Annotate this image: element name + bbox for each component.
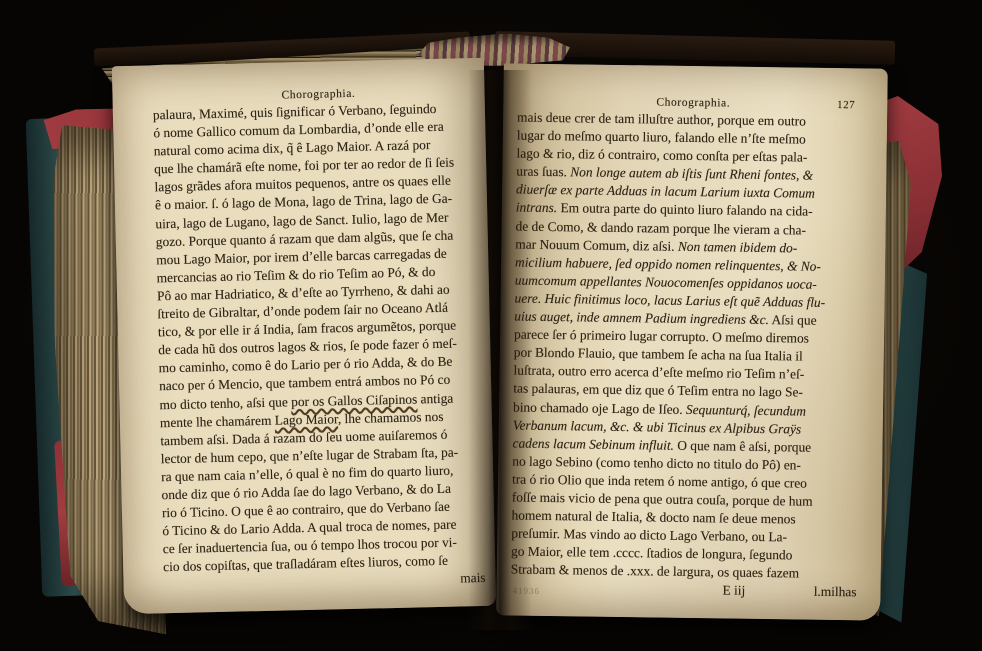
text-segment: por os Gallos Ciſapinos	[291, 391, 417, 409]
text-segment: lugar do meſmo quarto liuro, falando ell…	[517, 128, 806, 147]
text-segment: , lhe chamamos nos	[338, 408, 444, 425]
latin-quote-segment: diuerſæ ex parte Adduas in lacum Larium …	[516, 182, 815, 201]
right-page-lines: mais deue crer de tam illuſtre author, p…	[511, 109, 870, 584]
latin-quote-segment: Non tamen ibidem do-	[678, 238, 798, 255]
text-segment: antiga	[417, 390, 453, 406]
text-segment: foſſe mais vicio de pena que outra couſa…	[512, 489, 813, 508]
text-segment: lago & rio, diz ó contrairo, como conſta…	[517, 146, 808, 165]
text-segment: Aſsi que	[769, 312, 817, 328]
text-segment: Lago Maior	[275, 411, 338, 427]
latin-quote-segment: Verbanum lacum, &c. & ubi Ticinus ex Alp…	[513, 417, 802, 436]
left-page: Chorographia. palaura, Maximé, quis ſign…	[112, 58, 496, 614]
latin-quote-segment: uius auget, inde amnem Padium ingrediens…	[514, 309, 769, 328]
right-page: Chorographia. 127 mais deue crer de tam …	[496, 63, 888, 620]
text-segment: luſtrata, outro erro acerca d’eſte meſmo…	[513, 363, 804, 382]
text-segment: tra ó rio Olio que inda retem ó nome ant…	[512, 471, 807, 490]
text-segment: homem natural de Italia, & docto nam ſe …	[511, 508, 795, 527]
text-segment: mar Nouum Comum, diz aſsi.	[515, 236, 678, 253]
latin-quote-segment: Non longe autem ab iſtis ſunt Rheni font…	[570, 165, 813, 183]
text-segment: bino chamado oje Lago de Iſeo.	[513, 399, 686, 416]
text-segment: go Maior, elle tem .cccc. ſtadios de lon…	[511, 544, 793, 563]
right-page-text: Chorographia. 127 mais deue crer de tam …	[510, 92, 869, 602]
catchword-right: l.milhas	[814, 583, 857, 602]
text-segment: uras ſuas.	[516, 164, 570, 180]
latin-quote-segment: cadens lacum Sebinum influit.	[512, 435, 674, 452]
running-header-right-label: Chorographia.	[656, 96, 730, 109]
text-segment: Strabam & menos de .xxx. de largura, os …	[511, 562, 799, 581]
text-segment: preſumir. Mas vindo ao dicto Lago Verban…	[511, 526, 787, 545]
left-page-lines: palaura, Maximé, quis ſignificar ó Verba…	[153, 99, 496, 577]
text-segment: O que nam ê aſsi, porque	[674, 437, 811, 454]
text-segment: mais deue crer de tam illuſtre author, p…	[517, 110, 806, 129]
text-segment: mo dicto tenho, aſsi que	[159, 394, 291, 412]
book-photo: Chorographia. palaura, Maximé, quis ſign…	[0, 0, 982, 651]
gathering-signature: E iij	[722, 582, 745, 600]
latin-quote-segment: Sequunturq́, ſecundum	[686, 401, 806, 418]
pencil-inventory-mark: 41936	[512, 582, 540, 600]
latin-quote-segment: uere. Huic finitimus loco, lacus Larius …	[514, 290, 825, 309]
text-segment: mente lhe chamárem	[160, 412, 275, 430]
latin-quote-segment: uumcomum appellantes Nouocomenſes oppida…	[515, 272, 817, 291]
latin-quote-segment: intrans.	[516, 200, 558, 216]
page-number: 127	[837, 96, 856, 114]
signature-row: 41936 E iij l.milhas	[510, 579, 862, 602]
text-segment: parece ſer ó primeiro lugar corrupto. O …	[514, 327, 809, 346]
text-segment: no lago Sebino (como tenho dicto no titu…	[512, 453, 801, 472]
latin-quote-segment: micilium habuere, ſed oppido nomen relin…	[515, 254, 821, 273]
text-segment: por Blondo Flauio, que tambem ſe acha na…	[514, 345, 803, 364]
text-segment: Em outra parte do quinto liuro falando n…	[557, 201, 813, 220]
text-segment: de de Como, & dando razam porque lhe vie…	[516, 218, 807, 237]
text-segment: tas palauras, em que diz que ó Teſim ent…	[513, 381, 803, 400]
left-page-text: Chorographia. palaura, Maximé, quis ſign…	[152, 82, 495, 595]
